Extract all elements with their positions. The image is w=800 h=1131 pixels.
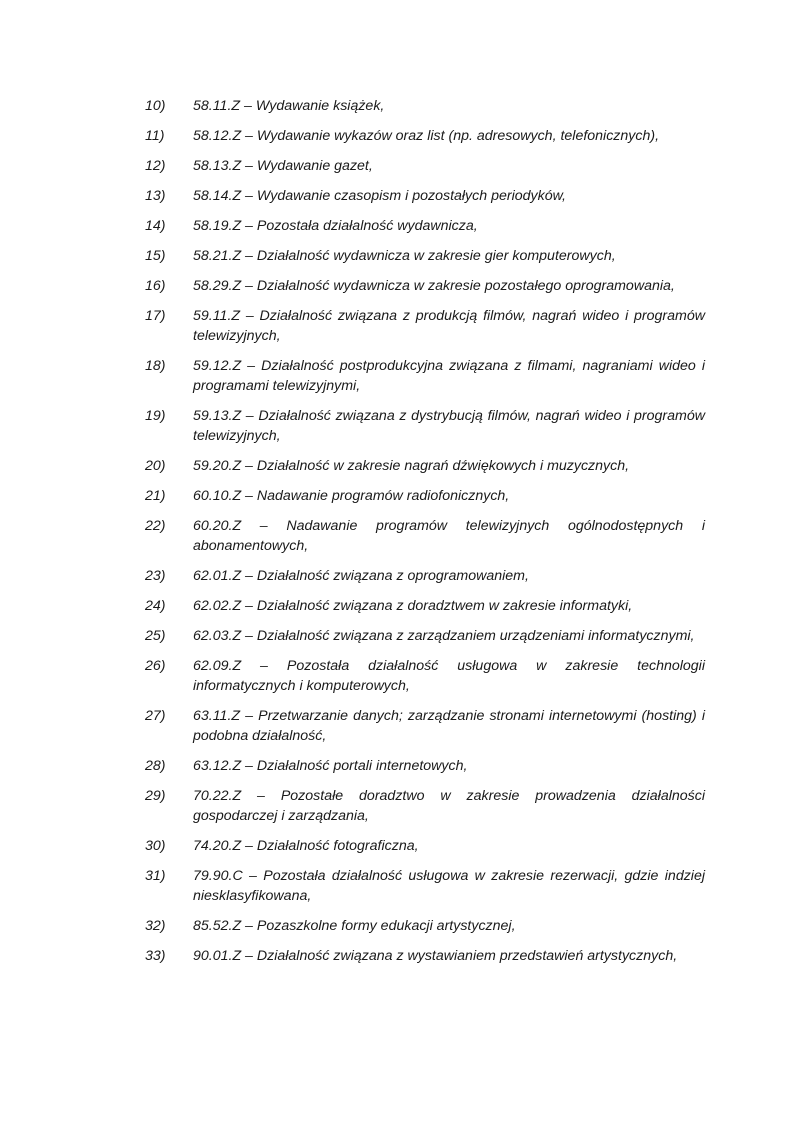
list-item-number: 15): [145, 246, 193, 266]
list-item-number: 23): [145, 566, 193, 586]
list-item-number: 19): [145, 406, 193, 426]
list-item-text: 59.11.Z – Działalność związana z produkc…: [193, 306, 705, 346]
list-item: 26)62.09.Z – Pozostała działalność usług…: [145, 656, 705, 696]
list-item-number: 22): [145, 516, 193, 536]
list-item: 22)60.20.Z – Nadawanie programów telewiz…: [145, 516, 705, 556]
list-item-number: 17): [145, 306, 193, 326]
list-item: 30)74.20.Z – Działalność fotograficzna,: [145, 836, 705, 856]
list-item-text: 62.03.Z – Działalność związana z zarządz…: [193, 626, 705, 646]
list-item-number: 12): [145, 156, 193, 176]
list-item-number: 18): [145, 356, 193, 376]
list-item-text: 58.29.Z – Działalność wydawnicza w zakre…: [193, 276, 705, 296]
list-item: 25)62.03.Z – Działalność związana z zarz…: [145, 626, 705, 646]
list-item-number: 26): [145, 656, 193, 676]
list-item: 13)58.14.Z – Wydawanie czasopism i pozos…: [145, 186, 705, 206]
list-item-text: 58.11.Z – Wydawanie książek,: [193, 96, 705, 116]
list-item-number: 24): [145, 596, 193, 616]
list-item-text: 79.90.C – Pozostała działalność usługowa…: [193, 866, 705, 906]
list-item-text: 58.14.Z – Wydawanie czasopism i pozostał…: [193, 186, 705, 206]
list-item: 12)58.13.Z – Wydawanie gazet,: [145, 156, 705, 176]
list-item: 20)59.20.Z – Działalność w zakresie nagr…: [145, 456, 705, 476]
list-item-number: 20): [145, 456, 193, 476]
list-item-text: 59.13.Z – Działalność związana z dystryb…: [193, 406, 705, 446]
list-item-text: 59.12.Z – Działalność postprodukcyjna zw…: [193, 356, 705, 396]
list-item-number: 31): [145, 866, 193, 886]
list-item-number: 25): [145, 626, 193, 646]
list-item-text: 60.20.Z – Nadawanie programów telewizyjn…: [193, 516, 705, 556]
list-item: 11)58.12.Z – Wydawanie wykazów oraz list…: [145, 126, 705, 146]
list-item: 31)79.90.C – Pozostała działalność usług…: [145, 866, 705, 906]
list-item: 14)58.19.Z – Pozostała działalność wydaw…: [145, 216, 705, 236]
list-item-number: 29): [145, 786, 193, 806]
list-item-text: 62.02.Z – Działalność związana z doradzt…: [193, 596, 705, 616]
list-item-number: 32): [145, 916, 193, 936]
list-item: 21)60.10.Z – Nadawanie programów radiofo…: [145, 486, 705, 506]
pkd-code-list: 10)58.11.Z – Wydawanie książek,11)58.12.…: [145, 96, 705, 976]
list-item-text: 62.09.Z – Pozostała działalność usługowa…: [193, 656, 705, 696]
list-item: 27)63.11.Z – Przetwarzanie danych; zarzą…: [145, 706, 705, 746]
list-item: 23)62.01.Z – Działalność związana z opro…: [145, 566, 705, 586]
list-item-text: 63.12.Z – Działalność portali internetow…: [193, 756, 705, 776]
list-item-text: 58.19.Z – Pozostała działalność wydawnic…: [193, 216, 705, 236]
list-item-number: 14): [145, 216, 193, 236]
list-item: 10)58.11.Z – Wydawanie książek,: [145, 96, 705, 116]
list-item-text: 63.11.Z – Przetwarzanie danych; zarządza…: [193, 706, 705, 746]
list-item-text: 62.01.Z – Działalność związana z oprogra…: [193, 566, 705, 586]
list-item-number: 11): [145, 126, 193, 146]
list-item: 32)85.52.Z – Pozaszkolne formy edukacji …: [145, 916, 705, 936]
list-item-number: 27): [145, 706, 193, 726]
list-item: 15)58.21.Z – Działalność wydawnicza w za…: [145, 246, 705, 266]
list-item: 24)62.02.Z – Działalność związana z dora…: [145, 596, 705, 616]
list-item-number: 13): [145, 186, 193, 206]
list-item: 33)90.01.Z – Działalność związana z wyst…: [145, 946, 705, 966]
list-item-number: 21): [145, 486, 193, 506]
list-item-text: 59.20.Z – Działalność w zakresie nagrań …: [193, 456, 705, 476]
list-item-number: 28): [145, 756, 193, 776]
list-item-number: 16): [145, 276, 193, 296]
list-item: 18)59.12.Z – Działalność postprodukcyjna…: [145, 356, 705, 396]
list-item: 16)58.29.Z – Działalność wydawnicza w za…: [145, 276, 705, 296]
list-item: 17)59.11.Z – Działalność związana z prod…: [145, 306, 705, 346]
list-item: 29)70.22.Z – Pozostałe doradztwo w zakre…: [145, 786, 705, 826]
list-item-text: 58.12.Z – Wydawanie wykazów oraz list (n…: [193, 126, 705, 146]
list-item: 28)63.12.Z – Działalność portali interne…: [145, 756, 705, 776]
list-item-text: 85.52.Z – Pozaszkolne formy edukacji art…: [193, 916, 705, 936]
list-item-text: 90.01.Z – Działalność związana z wystawi…: [193, 946, 705, 966]
list-item-text: 70.22.Z – Pozostałe doradztwo w zakresie…: [193, 786, 705, 826]
list-item-text: 58.13.Z – Wydawanie gazet,: [193, 156, 705, 176]
list-item-number: 30): [145, 836, 193, 856]
document-page: 10)58.11.Z – Wydawanie książek,11)58.12.…: [0, 0, 800, 1131]
list-item-text: 74.20.Z – Działalność fotograficzna,: [193, 836, 705, 856]
list-item-text: 58.21.Z – Działalność wydawnicza w zakre…: [193, 246, 705, 266]
list-item-text: 60.10.Z – Nadawanie programów radiofonic…: [193, 486, 705, 506]
list-item: 19)59.13.Z – Działalność związana z dyst…: [145, 406, 705, 446]
list-item-number: 33): [145, 946, 193, 966]
list-item-number: 10): [145, 96, 193, 116]
